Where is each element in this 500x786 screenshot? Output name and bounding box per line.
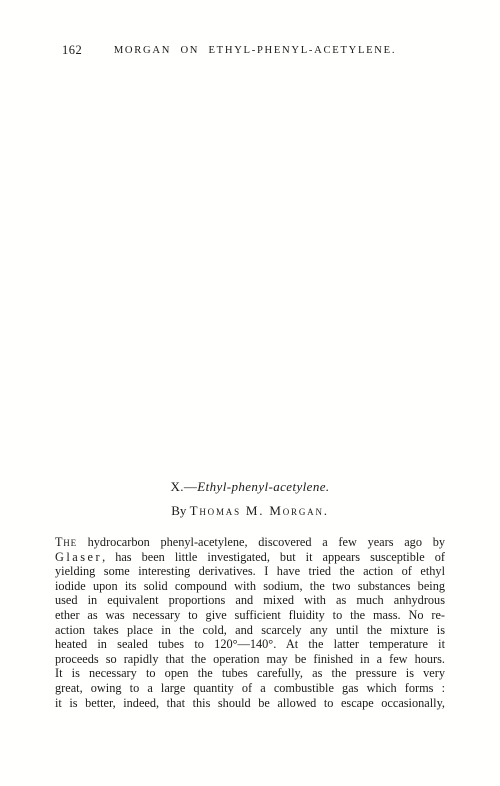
body-line: action takes place in the cold, and scar… [55, 623, 445, 638]
body-line: proceeds so rapidly that the operation m… [55, 652, 445, 667]
body-line: It is necessary to open the tubes carefu… [55, 666, 445, 681]
body-line: great, owing to a large quantity of a co… [55, 681, 445, 696]
body-line: ether as was necessary to give sufficien… [55, 608, 445, 623]
scanned-journal-page: 162 MORGAN ON ETHYL-PHENYL-ACETYLENE. X.… [0, 0, 500, 786]
running-head: MORGAN ON ETHYL-PHENYL-ACETYLENE. [55, 45, 455, 56]
cited-name: Glaser [55, 550, 102, 564]
article-body: The hydrocarbon phenyl-acetylene, discov… [55, 535, 445, 710]
body-line: it is better, indeed, that this should b… [55, 696, 445, 711]
body-line: heated in sealed tubes to 120°—140°. At … [55, 637, 445, 652]
article-title-text: Ethyl-phenyl-acetylene. [197, 479, 329, 494]
byline-prefix: By [171, 503, 189, 518]
body-line: The hydrocarbon phenyl-acetylene, discov… [55, 535, 445, 550]
body-line: Glaser, has been little investigated, bu… [55, 550, 445, 565]
lead-word: The [55, 535, 77, 549]
body-line: iodide upon its solid compound with sodi… [55, 579, 445, 594]
body-line: yielding some interesting derivatives. I… [55, 564, 445, 579]
author-name: Thomas M. Morgan. [190, 503, 329, 518]
article-title-number: X.— [170, 479, 197, 494]
body-line: used in equivalent proportions and mixed… [55, 593, 445, 608]
byline: By Thomas M. Morgan. [55, 503, 445, 519]
article-title: X.—Ethyl-phenyl-acetylene. [55, 479, 445, 495]
